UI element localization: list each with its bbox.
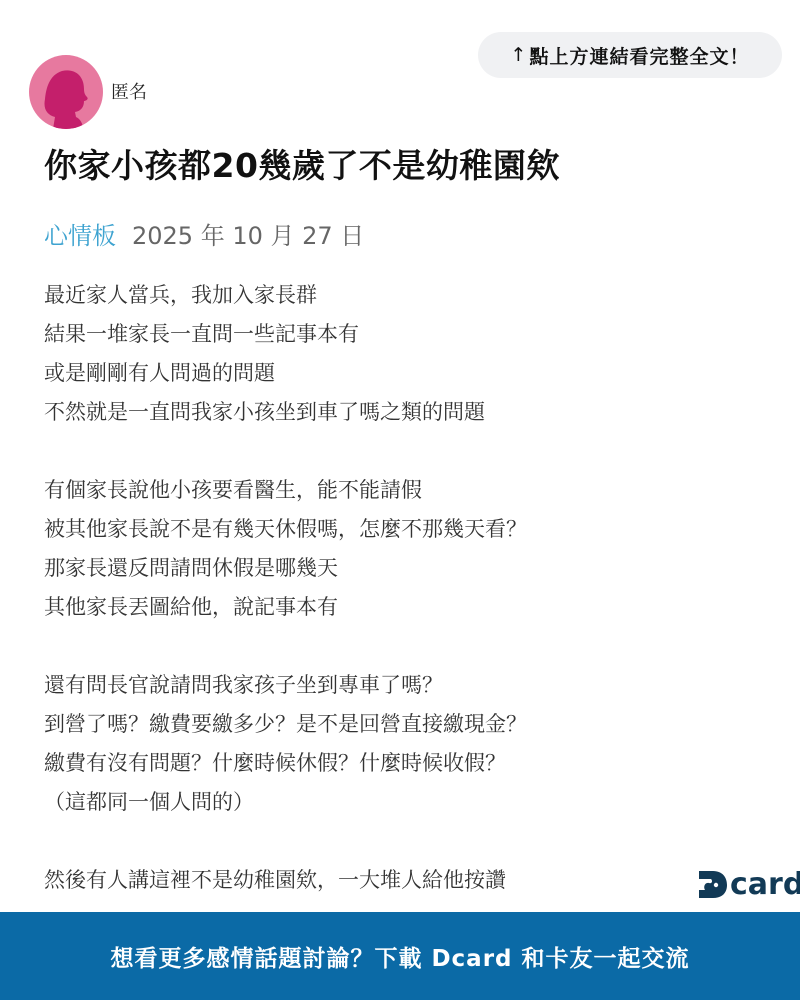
body-line: 被其他家長說不是有幾天休假嗎，怎麼不那幾天看？: [44, 510, 664, 549]
body-line: 到營了嗎？繳費要繳多少？是不是回營直接繳現金？: [44, 705, 664, 744]
read-full-article-hint[interactable]: ↑ 點上方連結看完整全文！: [478, 32, 782, 78]
banner-text: 想看更多感情話題討論？下載 Dcard 和卡友一起交流: [110, 940, 689, 973]
avatar[interactable]: [29, 55, 103, 129]
body-line: 還有問長官說請問我家孩子坐到專車了嗎？: [44, 666, 664, 705]
author-name[interactable]: 匿名: [111, 78, 147, 104]
post-meta: 心情板 2025 年 10 月 27 日: [44, 216, 364, 251]
body-line: 不然就是一直問我家小孩坐到車了嗎之類的問題: [44, 393, 664, 432]
body-line: （這都同一個人問的）: [44, 783, 664, 822]
hint-text: 點上方連結看完整全文！: [529, 42, 749, 69]
paragraph: 有個家長說他小孩要看醫生，能不能請假 被其他家長說不是有幾天休假嗎，怎麼不那幾天…: [44, 471, 664, 627]
post-title: 你家小孩都20幾歲了不是幼稚園欸: [44, 140, 560, 187]
download-app-banner[interactable]: 想看更多感情話題討論？下載 Dcard 和卡友一起交流: [0, 912, 800, 1000]
dcard-logo: card: [697, 866, 800, 902]
body-line: 繳費有沒有問題？什麼時候休假？什麼時候收假？: [44, 744, 664, 783]
body-line: 或是剛剛有人問過的問題: [44, 354, 664, 393]
body-line: 有個家長說他小孩要看醫生，能不能請假: [44, 471, 664, 510]
post-body: 最近家人當兵，我加入家長群 結果一堆家長一直問一些記事本有 或是剛剛有人問過的問…: [44, 276, 664, 939]
dcard-logo-text: card: [730, 867, 800, 902]
body-line: 結果一堆家長一直問一些記事本有: [44, 315, 664, 354]
body-line: 其他家長丟圖給他，說記事本有: [44, 588, 664, 627]
body-line: 然後有人講這裡不是幼稚園欸，一大堆人給他按讚: [44, 861, 664, 900]
post-date: 2025 年 10 月 27 日: [132, 216, 364, 251]
paragraph: 然後有人講這裡不是幼稚園欸，一大堆人給他按讚: [44, 861, 664, 900]
paragraph: 最近家人當兵，我加入家長群 結果一堆家長一直問一些記事本有 或是剛剛有人問過的問…: [44, 276, 664, 432]
dcard-d-mark-icon: [697, 868, 729, 900]
body-line: 那家長還反問請問休假是哪幾天: [44, 549, 664, 588]
female-silhouette-icon: [29, 55, 103, 129]
paragraph: 還有問長官說請問我家孩子坐到專車了嗎？ 到營了嗎？繳費要繳多少？是不是回營直接繳…: [44, 666, 664, 822]
arrow-up-icon: ↑: [511, 44, 528, 66]
body-line: 最近家人當兵，我加入家長群: [44, 276, 664, 315]
board-link[interactable]: 心情板: [44, 216, 116, 251]
